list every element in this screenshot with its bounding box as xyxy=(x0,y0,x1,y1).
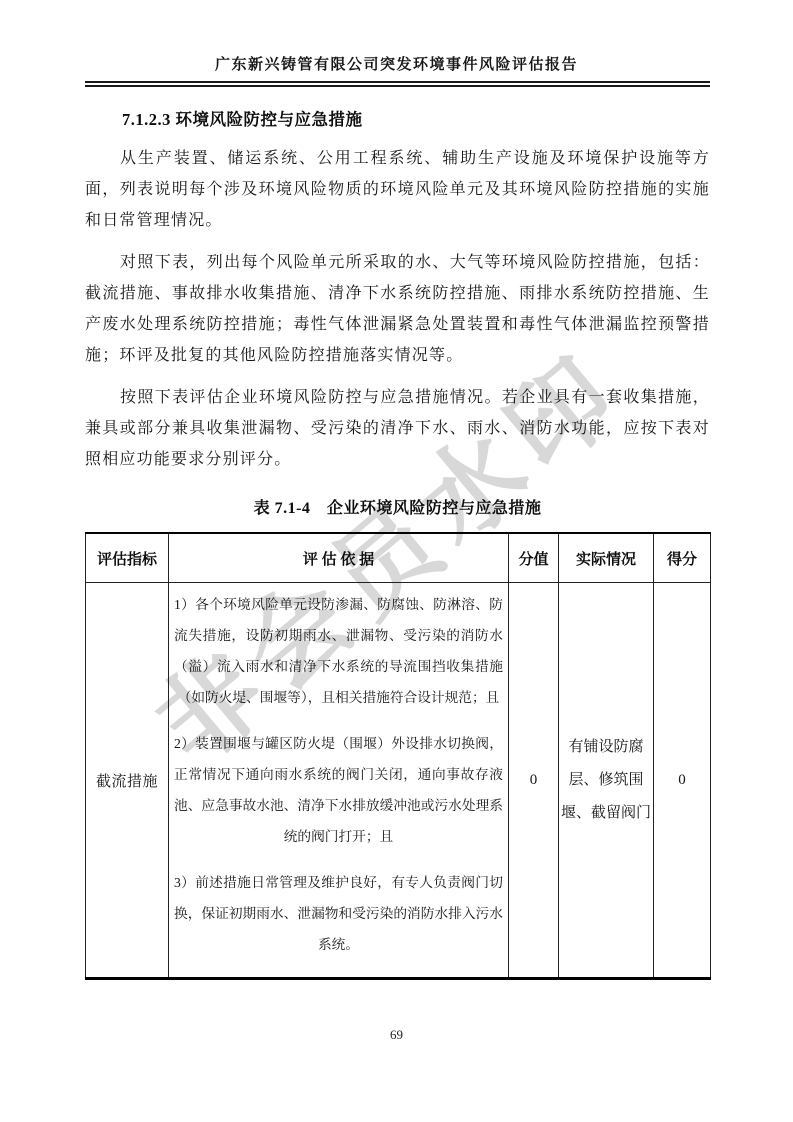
column-header-actual-situation: 实际情况 xyxy=(559,533,654,583)
paragraph-overview: 从生产装置、储运系统、公用工程系统、辅助生产设施及环境保护设施等方面，列表说明每… xyxy=(85,143,710,236)
paragraph-scoring-note: 按照下表评估企业环境风险防控与应急措施情况。若企业具有一套收集措施，兼具或部分兼… xyxy=(85,382,710,475)
page-header-title: 广东新兴铸管有限公司突发环境事件风险评估报告 xyxy=(0,0,793,74)
cell-score-value: 0 xyxy=(509,583,559,979)
criteria-item-2: 2）装置围堰与罐区防火堤（围堰）外设排水切换阀，正常情况下通向雨水系统的阀门关闭… xyxy=(174,728,503,852)
page-footer: 69 xyxy=(0,1026,793,1044)
table-row-interception-measures: 截流措施 1）各个环境风险单元设防渗漏、防腐蚀、防淋溶、防流失措施，设防初期雨水… xyxy=(86,583,711,979)
document-page: 非会员水印 广东新兴铸管有限公司突发环境事件风险评估报告 7.1.2.3 环境风… xyxy=(0,0,793,1122)
page-number: 69 xyxy=(390,1027,403,1042)
assessment-table: 评估指标 评 估 依 据 分值 实际情况 得分 截流措施 1）各个环境风险单元设… xyxy=(85,532,711,980)
section-heading: 7.1.2.3 环境风险防控与应急措施 xyxy=(85,106,710,130)
column-header-gained-score: 得分 xyxy=(654,533,711,583)
cell-criteria: 1）各个环境风险单元设防渗漏、防腐蚀、防淋溶、防流失措施，设防初期雨水、泄漏物、… xyxy=(169,583,509,979)
header-double-rule xyxy=(85,81,710,87)
cell-indicator: 截流措施 xyxy=(86,583,169,979)
table-title: 表 7.1-4 企业环境风险防控与应急措施 xyxy=(85,495,710,518)
table-header-row: 评估指标 评 估 依 据 分值 实际情况 得分 xyxy=(86,533,711,583)
paragraph-measures-list: 对照下表，列出每个风险单元所采取的水、大气等环境风险防控措施，包括：截流措施、事… xyxy=(85,247,710,371)
page-content: 7.1.2.3 环境风险防控与应急措施 从生产装置、储运系统、公用工程系统、辅助… xyxy=(85,106,710,980)
column-header-indicator: 评估指标 xyxy=(86,533,169,583)
column-header-criteria: 评 估 依 据 xyxy=(169,533,509,583)
criteria-item-3: 3）前述措施日常管理及维护良好，有专人负责阀门切换，保证初期雨水、泄漏物和受污染… xyxy=(174,867,503,960)
cell-gained-score: 0 xyxy=(654,583,711,979)
page-header: 广东新兴铸管有限公司突发环境事件风险评估报告 xyxy=(0,0,793,87)
cell-actual-situation: 有铺设防腐层、修筑围堰、截留阀门 xyxy=(559,583,654,979)
criteria-item-1: 1）各个环境风险单元设防渗漏、防腐蚀、防淋溶、防流失措施，设防初期雨水、泄漏物、… xyxy=(174,589,503,713)
column-header-score-value: 分值 xyxy=(509,533,559,583)
